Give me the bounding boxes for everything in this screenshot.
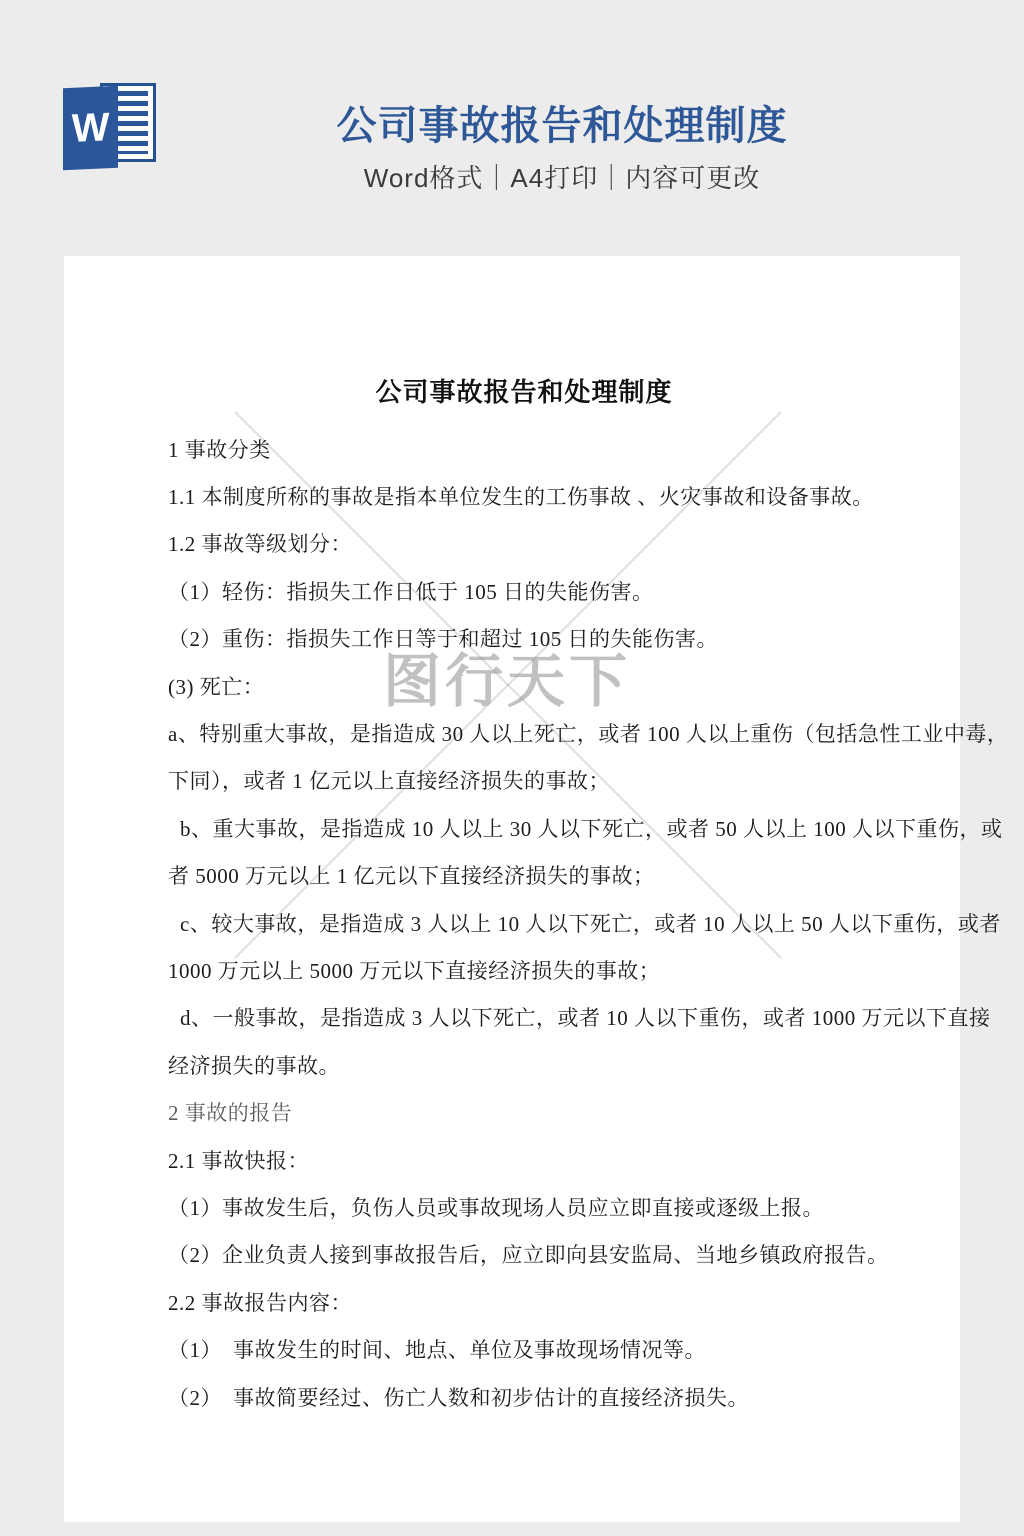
doc-line: 下同），或者 1 亿元以上直接经济损失的事故； xyxy=(168,757,880,804)
template-title: 公司事故报告和处理制度 xyxy=(100,94,1024,151)
doc-line: （1） 事故发生的时间、地点、单位及事故现场情况等。 xyxy=(168,1325,880,1372)
document-body: 公司事故报告和处理制度 1 事故分类1.1 本制度所称的事故是指本单位发生的工伤… xyxy=(168,374,880,1420)
doc-line: 2.2 事故报告内容： xyxy=(168,1278,880,1325)
document-page: 图行天下 公司事故报告和处理制度 1 事故分类1.1 本制度所称的事故是指本单位… xyxy=(64,256,960,1522)
document-lines: 1 事故分类1.1 本制度所称的事故是指本单位发生的工伤事故 、火灾事故和设备事… xyxy=(168,425,880,1420)
template-subtitle: Word格式｜A4打印｜内容可更改 xyxy=(100,158,1024,195)
doc-line: （1）事故发生后，负伤人员或事故现场人员应立即直接或逐级上报。 xyxy=(168,1183,880,1230)
doc-line: 2.1 事故快报： xyxy=(168,1136,880,1183)
doc-line: 1000 万元以上 5000 万元以下直接经济损失的事故； xyxy=(168,946,880,993)
doc-line: 1.2 事故等级划分： xyxy=(168,520,880,567)
doc-line: （1）轻伤：指损失工作日低于 105 日的失能伤害。 xyxy=(168,567,880,614)
doc-line: 1 事故分类 xyxy=(168,425,880,472)
header: W 公司事故报告和处理制度 Word格式｜A4打印｜内容可更改 xyxy=(0,0,1024,256)
doc-line: （2） 事故简要经过、伤亡人数和初步估计的直接经济损失。 xyxy=(168,1373,880,1420)
doc-line: 者 5000 万元以上 1 亿元以下直接经济损失的事故； xyxy=(168,852,880,899)
doc-line: 1.1 本制度所称的事故是指本单位发生的工伤事故 、火灾事故和设备事故。 xyxy=(168,472,880,519)
doc-line: （2）企业负责人接到事故报告后，应立即向县安监局、当地乡镇政府报告。 xyxy=(168,1231,880,1278)
doc-line: a、特别重大事故，是指造成 30 人以上死亡，或者 100 人以上重伤（包括急性… xyxy=(168,709,880,756)
doc-line: c、较大事故，是指造成 3 人以上 10 人以下死亡，或者 10 人以上 50 … xyxy=(168,899,880,946)
doc-line: 2 事故的报告 xyxy=(168,1088,880,1135)
doc-line: 经济损失的事故。 xyxy=(168,1041,880,1088)
doc-line: d、一般事故，是指造成 3 人以下死亡，或者 10 人以下重伤，或者 1000 … xyxy=(168,994,880,1041)
doc-line: (3) 死亡： xyxy=(168,662,880,709)
doc-line: b、重大事故，是指造成 10 人以上 30 人以下死亡，或者 50 人以上 10… xyxy=(168,804,880,851)
document-title: 公司事故报告和处理制度 xyxy=(168,374,880,425)
doc-line: （2）重伤：指损失工作日等于和超过 105 日的失能伤害。 xyxy=(168,615,880,662)
